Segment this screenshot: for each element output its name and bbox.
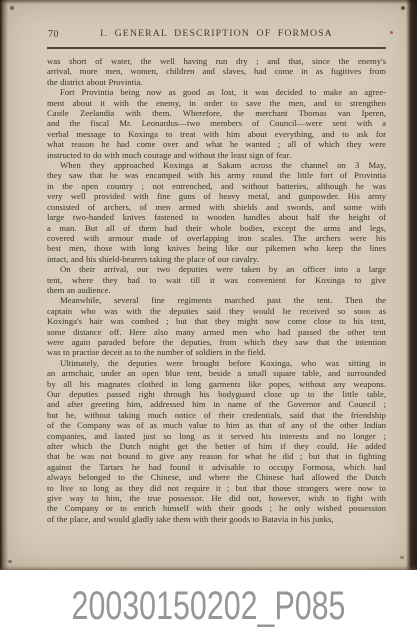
- text-line: them an audience.: [47, 285, 386, 295]
- header-rule: [47, 47, 386, 49]
- text-line: they saw that he was encamped with his a…: [47, 170, 386, 180]
- text-line: large two-handed knives fastened to wood…: [47, 212, 386, 222]
- scan-speck: [10, 6, 14, 10]
- text-line: some distance off. Here also many armed …: [47, 327, 386, 337]
- text-line: against the Tartars he had found it advi…: [47, 462, 386, 472]
- text-line: by all his magnates clothed in long garm…: [47, 379, 386, 389]
- text-line: and after greeting him, addressed him in…: [47, 399, 386, 409]
- text-line: covered with armour made of overlapping …: [47, 233, 386, 243]
- text-line: was short of water, the well having run …: [47, 56, 386, 66]
- text-line: a man. But all of them had their whole b…: [47, 223, 386, 233]
- text-line: arrival, more men, women, children and s…: [47, 66, 386, 76]
- text-line: of the Company was of as much value to h…: [47, 420, 386, 430]
- text-line: what reason he had come over and what he…: [47, 139, 386, 149]
- text-line: Koxinga's hair was combed ; but that the…: [47, 316, 386, 326]
- running-head: 70 I. GENERAL DESCRIPTION OF FORMOSA: [47, 28, 386, 43]
- scan-edge-right: [406, 0, 417, 570]
- text-line: When they approached Koxinga at Sakam ac…: [47, 160, 386, 170]
- text-line: the district about Provintia.: [47, 77, 386, 87]
- text-line: to live so long as they did not require …: [47, 483, 386, 493]
- watermark-label: 20030150202_P085: [50, 583, 367, 629]
- text-line: instructed to do with much courage and w…: [47, 150, 386, 160]
- text-line: ment about it with the enemy, in order t…: [47, 98, 386, 108]
- body-text: was short of water, the well having run …: [47, 56, 386, 524]
- chapter-title: I. GENERAL DESCRIPTION OF FORMOSA: [47, 28, 386, 39]
- text-line: always belonged to the Chinese, and wher…: [47, 472, 386, 482]
- text-line: were again paraded before the deputies, …: [47, 337, 386, 347]
- scan-speck: [8, 560, 12, 563]
- scan-edge-bottom: [0, 566, 417, 570]
- text-line: an armchair, under an open blue tent, be…: [47, 368, 386, 378]
- scanned-book-page-view: 70 I. GENERAL DESCRIPTION OF FORMOSA was…: [0, 0, 417, 640]
- scan-edge-left: [0, 0, 8, 570]
- text-line: tent, where they had to wait till it was…: [47, 275, 386, 285]
- text-line: but he, without taking much notice of th…: [47, 410, 386, 420]
- text-line: Meanwhile, several fine regiments marche…: [47, 295, 386, 305]
- text-line: of the place, and would gladly take them…: [47, 514, 386, 524]
- text-line: Ultimately, the deputies were brought be…: [47, 358, 386, 368]
- text-line: the Company or to enrich himself with th…: [47, 503, 386, 513]
- scan-speck: [390, 31, 393, 34]
- text-line: in the open country ; not entrenched, an…: [47, 181, 386, 191]
- scan-edge-top: [0, 0, 417, 4]
- text-line: was to practise deceit as to the number …: [47, 347, 386, 357]
- text-line: that he was not bound to give any reason…: [47, 451, 386, 461]
- page-number: 70: [48, 29, 59, 40]
- text-line: best men, those with long knives being l…: [47, 243, 386, 253]
- text-line: give way to him, the true possessor. He …: [47, 493, 386, 503]
- text-line: Fort Provintia being now as good as lost…: [47, 87, 386, 97]
- text-line: On their arrival, our two deputies were …: [47, 264, 386, 274]
- text-line: very well provided with fine guns of hea…: [47, 191, 386, 201]
- text-line: intact, and his shield-bearers taking th…: [47, 254, 386, 264]
- text-line: verbal message to Koxinga to treat with …: [47, 129, 386, 139]
- book-page: 70 I. GENERAL DESCRIPTION OF FORMOSA was…: [0, 0, 417, 570]
- scan-speck: [400, 556, 404, 559]
- text-line: after which the Dutch might get the bett…: [47, 441, 386, 451]
- text-line: Castle Zeelandia with them. Wherefore, t…: [47, 108, 386, 118]
- text-line: companies, and lasted just so long as it…: [47, 431, 386, 441]
- text-line: consisted of archers, of men armed with …: [47, 202, 386, 212]
- text-line: Our deputies passed right through his bo…: [47, 389, 386, 399]
- scan-speck: [401, 6, 405, 10]
- text-line: and the fiscal Mr. Leonardus—two members…: [47, 118, 386, 128]
- text-line: captain who was with the deputies said t…: [47, 306, 386, 316]
